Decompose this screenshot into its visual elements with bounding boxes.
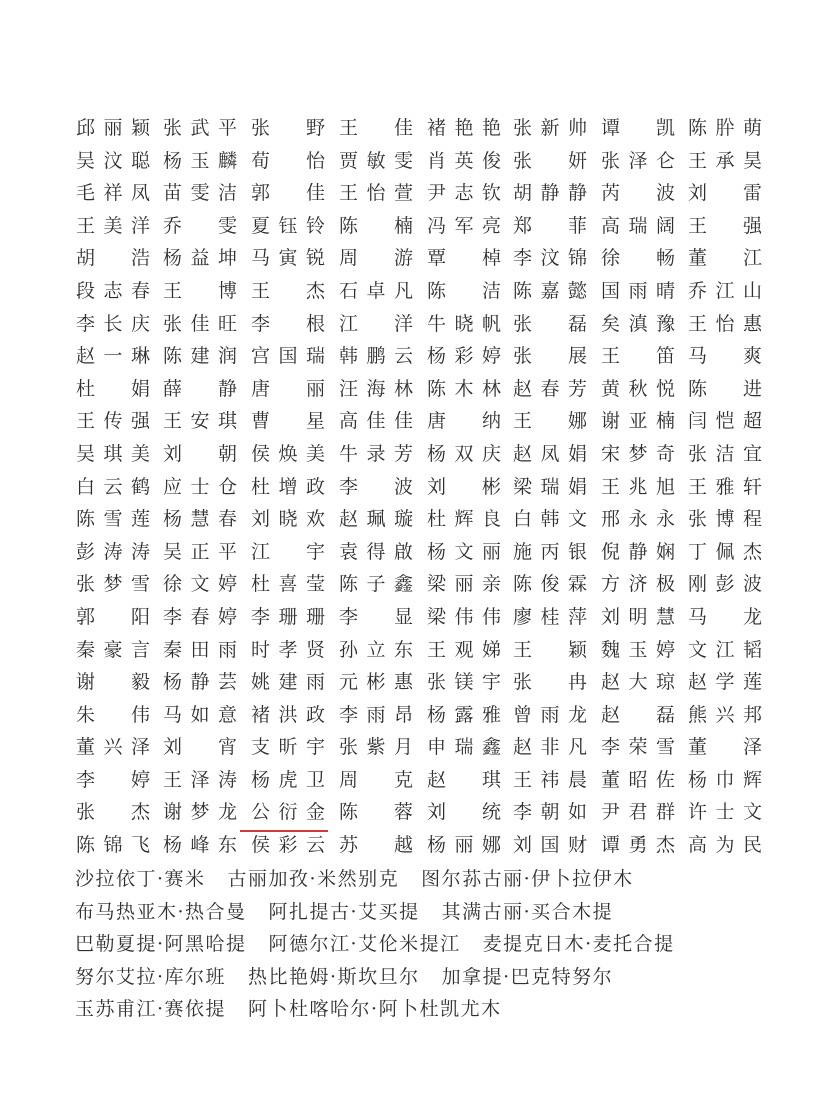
name-cell: 元彬惠 (338, 667, 414, 697)
name-char: 龙 (742, 602, 763, 632)
name-cell: 乔江山 (687, 276, 763, 306)
name-char: 王 (687, 309, 708, 339)
name-char: 帅 (567, 113, 588, 143)
name-char: 玉 (628, 635, 649, 665)
name-cell: 李荣雪 (600, 732, 676, 762)
name-cell: 张妍 (512, 146, 588, 176)
name-char: 游 (393, 243, 414, 273)
name-char: 张 (75, 797, 96, 827)
name-char: 朝 (540, 797, 561, 827)
name-char: 陈 (75, 830, 96, 860)
name-char: 东 (393, 635, 414, 665)
name-char: 凡 (567, 732, 588, 762)
name-char: 琳 (130, 341, 151, 371)
name-char: 吴 (75, 146, 96, 176)
name-cell: 张镁宇 (426, 667, 502, 697)
name-char: 鹏 (366, 341, 387, 371)
name-char: 刘 (687, 178, 708, 208)
name-cell: 王兆旭 (600, 472, 676, 502)
name-char: 亚 (628, 406, 649, 436)
name-char: 佳 (393, 113, 414, 143)
name-cell: 张新帅 (512, 113, 588, 143)
name-char: 瑞 (305, 341, 326, 371)
name-char: 刘 (162, 732, 183, 762)
name-cell: 王安琪 (162, 406, 238, 436)
name-cell: 胡静静 (512, 178, 588, 208)
name-char: 波 (393, 472, 414, 502)
name-cell: 陈进 (687, 374, 763, 404)
name-char: 根 (305, 309, 326, 339)
name-cell: 赵珮璇 (338, 504, 414, 534)
name-char: 美 (305, 439, 326, 469)
name-char: 张 (512, 341, 533, 371)
name-cell: 陈锦飞 (75, 830, 151, 860)
name-char: 焕 (278, 439, 299, 469)
name-cell: 陈建润 (162, 341, 238, 371)
name-cell: 刘朝 (162, 439, 238, 469)
name-cell: 吴汶聪 (75, 146, 151, 176)
name-char: 佳 (190, 309, 211, 339)
name-char: 白 (75, 472, 96, 502)
name-char: 军 (454, 211, 475, 241)
name-cell: 张泽仑 (600, 146, 676, 176)
name-char: 韩 (338, 341, 359, 371)
name-char: 晴 (655, 276, 676, 306)
name-char: 梁 (512, 472, 533, 502)
name-cell: 马寅锐 (250, 243, 326, 273)
name-char: 镁 (454, 667, 475, 697)
name-char: 莲 (742, 667, 763, 697)
name-char: 飞 (130, 830, 151, 860)
name-char: 江 (715, 276, 736, 306)
name-cell: 李波 (338, 472, 414, 502)
name-char: 彬 (481, 472, 502, 502)
name-char: 赵 (512, 732, 533, 762)
name-char: 杜 (75, 374, 96, 404)
name-char: 亮 (481, 211, 502, 241)
name-char: 马 (250, 243, 271, 273)
name-char: 政 (305, 700, 326, 730)
name-cell: 谭凯 (600, 113, 676, 143)
name-cell: 芮波 (600, 178, 676, 208)
name-cell: 高佳佳 (338, 406, 414, 436)
name-cell: 王美洋 (75, 211, 151, 241)
name-char: 刘 (250, 504, 271, 534)
name-char: 统 (481, 797, 502, 827)
name-char: 如 (190, 700, 211, 730)
name-char: 兴 (103, 732, 124, 762)
long-name-row: 布马热亚木·热合曼阿扎提古·艾买提其满古丽·买合木提 (75, 897, 697, 930)
name-char: 奇 (655, 439, 676, 469)
name-char: 极 (655, 569, 676, 599)
name-char: 郭 (75, 602, 96, 632)
name-char: 润 (217, 341, 238, 371)
name-char: 荣 (628, 732, 649, 762)
name-cell: 汪海林 (338, 374, 414, 404)
name-char: 陈 (512, 276, 533, 306)
long-name: 图尔荪古丽·伊卜拉伊木 (421, 864, 634, 894)
name-cell: 吴琪美 (75, 439, 151, 469)
name-char: 曹 (250, 406, 271, 436)
name-char: 石 (338, 276, 359, 306)
name-char: 凡 (393, 276, 414, 306)
name-char: 董 (687, 732, 708, 762)
name-cell: 胡浩 (75, 243, 151, 273)
name-cell: 闫恺超 (687, 406, 763, 436)
name-char: 刘 (600, 602, 621, 632)
name-char: 杨 (426, 700, 447, 730)
name-char: 杨 (162, 667, 183, 697)
name-char: 韬 (742, 635, 763, 665)
name-char: 欢 (305, 504, 326, 534)
name-char: 佳 (393, 406, 414, 436)
name-char: 贤 (305, 635, 326, 665)
name-cell: 张冉 (512, 667, 588, 697)
name-char: 娣 (481, 635, 502, 665)
name-cell: 李根 (250, 309, 326, 339)
name-cell: 矣滇豫 (600, 309, 676, 339)
name-char: 施 (512, 537, 533, 567)
name-char: 程 (742, 504, 763, 534)
name-char: 帆 (481, 309, 502, 339)
name-char: 王 (75, 211, 96, 241)
name-char: 李 (338, 472, 359, 502)
name-char: 李 (162, 602, 183, 632)
name-char: 啟 (393, 537, 414, 567)
name-cell: 王泽涛 (162, 765, 238, 795)
name-cell: 赵一琳 (75, 341, 151, 371)
name-char: 贾 (338, 146, 359, 176)
name-cell: 牛晓帆 (426, 309, 502, 339)
name-cell: 杨彩婷 (426, 341, 502, 371)
name-char: 仓 (217, 472, 238, 502)
name-char: 秦 (162, 635, 183, 665)
name-char: 杜 (250, 569, 271, 599)
name-cell: 刘晓欢 (250, 504, 326, 534)
name-char: 江 (338, 309, 359, 339)
long-name-row: 沙拉依丁·赛米古丽加孜·米然别克图尔荪古丽·伊卜拉伊木 (75, 864, 697, 897)
name-char: 矣 (600, 309, 621, 339)
name-char: 怡 (715, 309, 736, 339)
name-char: 静 (190, 667, 211, 697)
name-cell: 苏越 (338, 830, 414, 860)
name-cell: 赵春芳 (512, 374, 588, 404)
name-cell: 申瑞鑫 (426, 732, 502, 762)
name-char: 牛 (338, 439, 359, 469)
name-char: 洪 (278, 700, 299, 730)
name-char: 梦 (190, 797, 211, 827)
name-char: 晨 (567, 765, 588, 795)
name-cell: 王观娣 (426, 635, 502, 665)
name-char: 谭 (600, 830, 621, 860)
name-char: 张 (250, 113, 271, 143)
name-char: 宋 (600, 439, 621, 469)
name-char: 博 (715, 504, 736, 534)
name-char: 轩 (742, 472, 763, 502)
name-char: 洋 (393, 309, 414, 339)
name-cell: 王强 (687, 211, 763, 241)
name-char: 锐 (305, 243, 326, 273)
name-char: 佩 (715, 537, 736, 567)
name-char: 建 (190, 341, 211, 371)
name-char: 郑 (512, 211, 533, 241)
name-char: 木 (454, 374, 475, 404)
name-char: 录 (366, 439, 387, 469)
name-char: 赵 (338, 504, 359, 534)
name-char: 衍 (278, 797, 299, 827)
name-char: 颖 (130, 113, 151, 143)
name-char: 祎 (540, 765, 561, 795)
name-cell: 杜辉良 (426, 504, 502, 534)
name-char: 毛 (75, 178, 96, 208)
name-char: 毅 (130, 667, 151, 697)
name-cell: 公衍金 (250, 797, 326, 827)
name-char: 文 (742, 797, 763, 827)
name-char: 春 (540, 374, 561, 404)
name-char: 谭 (600, 113, 621, 143)
name-cell: 谢梦龙 (162, 797, 238, 827)
name-char: 滇 (628, 309, 649, 339)
name-char: 张 (162, 113, 183, 143)
name-char: 薛 (162, 374, 183, 404)
name-cell: 江洋 (338, 309, 414, 339)
name-cell: 杨文丽 (426, 537, 502, 567)
name-cell: 杜喜莹 (250, 569, 326, 599)
name-cell: 李珊珊 (250, 602, 326, 632)
name-char: 雨 (217, 635, 238, 665)
name-char: 张 (162, 309, 183, 339)
name-char: 非 (540, 732, 561, 762)
name-char: 洋 (130, 211, 151, 241)
name-cell: 魏玉婷 (600, 635, 676, 665)
name-char: 钦 (481, 178, 502, 208)
name-char: 覃 (426, 243, 447, 273)
name-char: 颖 (567, 635, 588, 665)
name-char: 艳 (454, 113, 475, 143)
name-cell: 刘宵 (162, 732, 238, 762)
name-char: 彬 (366, 667, 387, 697)
name-cell: 杨虎卫 (250, 765, 326, 795)
name-char: 武 (190, 113, 211, 143)
name-cell: 谢亚楠 (600, 406, 676, 436)
name-cell: 张展 (512, 341, 588, 371)
name-char: 艳 (481, 113, 502, 143)
name-char: 强 (130, 406, 151, 436)
name-cell: 李婷 (75, 765, 151, 795)
name-char: 江 (742, 243, 763, 273)
name-char: 昭 (628, 765, 649, 795)
name-char: 王 (426, 635, 447, 665)
name-char: 谢 (162, 797, 183, 827)
name-char: 雨 (540, 700, 561, 730)
name-char: 雪 (130, 569, 151, 599)
name-char: 丽 (454, 569, 475, 599)
name-char: 楠 (655, 406, 676, 436)
name-char: 王 (600, 341, 621, 371)
name-char: 财 (567, 830, 588, 860)
name-char: 龙 (217, 797, 238, 827)
name-char: 安 (190, 406, 211, 436)
name-char: 申 (426, 732, 447, 762)
name-char: 王 (162, 406, 183, 436)
name-char: 慧 (190, 504, 211, 534)
name-char: 黄 (600, 374, 621, 404)
name-char: 懿 (567, 276, 588, 306)
name-char: 惠 (393, 667, 414, 697)
name-char: 杨 (162, 243, 183, 273)
name-char: 梁 (426, 569, 447, 599)
name-char: 陈 (512, 569, 533, 599)
name-cell: 吴正平 (162, 537, 238, 567)
name-char: 婷 (130, 765, 151, 795)
name-cell: 褚洪政 (250, 700, 326, 730)
name-char: 汶 (540, 243, 561, 273)
name-cell: 马如意 (162, 700, 238, 730)
name-cell: 杨巾辉 (687, 765, 763, 795)
name-char: 杨 (426, 341, 447, 371)
name-cell: 应士仓 (162, 472, 238, 502)
name-cell: 赵磊 (600, 700, 676, 730)
name-char: 菲 (567, 211, 588, 241)
name-char: 金 (305, 797, 326, 827)
name-char: 洁 (481, 276, 502, 306)
name-char: 祥 (103, 178, 124, 208)
name-cell: 石卓凡 (338, 276, 414, 306)
name-cell: 董昭佐 (600, 765, 676, 795)
name-char: 慧 (655, 602, 676, 632)
name-char: 宇 (481, 667, 502, 697)
name-char: 敏 (366, 146, 387, 176)
name-char: 泽 (130, 732, 151, 762)
name-char: 高 (687, 830, 708, 860)
name-char: 王 (338, 178, 359, 208)
name-char: 梁 (426, 602, 447, 632)
name-char: 莹 (305, 569, 326, 599)
name-cell: 方济极 (600, 569, 676, 599)
name-char: 莲 (130, 504, 151, 534)
name-char: 娟 (567, 439, 588, 469)
name-char: 王 (512, 765, 533, 795)
name-cell: 梁伟伟 (426, 602, 502, 632)
name-char: 邦 (742, 700, 763, 730)
name-char: 雯 (190, 178, 211, 208)
name-cell: 王娜 (512, 406, 588, 436)
name-cell: 陈俊霖 (512, 569, 588, 599)
name-cell: 袁得啟 (338, 537, 414, 567)
name-char: 赵 (426, 765, 447, 795)
name-cell: 张佳旺 (162, 309, 238, 339)
name-char: 文 (567, 504, 588, 534)
name-char: 张 (687, 439, 708, 469)
name-char: 锦 (567, 243, 588, 273)
name-char: 张 (426, 667, 447, 697)
name-char: 怡 (366, 178, 387, 208)
name-char: 谢 (75, 667, 96, 697)
name-char: 蓉 (393, 797, 414, 827)
name-char: 永 (628, 504, 649, 534)
name-char: 妍 (567, 146, 588, 176)
name-char: 丽 (454, 830, 475, 860)
name-cell: 廖桂萍 (512, 602, 588, 632)
long-name: 加拿提·巴克特努尔 (442, 962, 614, 992)
name-char: 汪 (338, 374, 359, 404)
name-cell: 文江韬 (687, 635, 763, 665)
name-char: 峰 (190, 830, 211, 860)
name-cell: 杨丽娜 (426, 830, 502, 860)
name-char: 侯 (250, 830, 271, 860)
name-cell: 褚艳艳 (426, 113, 502, 143)
name-cell: 覃棹 (426, 243, 502, 273)
name-char: 张 (687, 504, 708, 534)
name-char: 马 (687, 341, 708, 371)
name-char: 俊 (481, 146, 502, 176)
name-char: 云 (103, 472, 124, 502)
name-char: 瑞 (454, 732, 475, 762)
name-char: 双 (454, 439, 475, 469)
long-name-row: 巴勒夏提·阿黑哈提阿德尔江·艾伦米提江麦提克日木·麦托合提 (75, 929, 697, 962)
name-char: 为 (715, 830, 736, 860)
name-char: 萱 (393, 178, 414, 208)
name-char: 李 (75, 309, 96, 339)
name-char: 佳 (305, 178, 326, 208)
name-char: 林 (393, 374, 414, 404)
name-char: 彭 (75, 537, 96, 567)
name-char: 杨 (162, 830, 183, 860)
long-names-list: 沙拉依丁·赛米古丽加孜·米然别克图尔荪古丽·伊卜拉伊木布马热亚木·热合曼阿扎提古… (75, 864, 697, 1027)
name-char: 吴 (75, 439, 96, 469)
name-cell: 王笛 (600, 341, 676, 371)
name-char: 琪 (103, 439, 124, 469)
name-char: 爽 (742, 341, 763, 371)
name-char: 赵 (600, 700, 621, 730)
name-cell: 孙立东 (338, 635, 414, 665)
name-char: 娜 (567, 406, 588, 436)
name-char: 泽 (190, 765, 211, 795)
name-char: 洁 (217, 178, 238, 208)
name-char: 政 (305, 472, 326, 502)
name-char: 乔 (162, 211, 183, 241)
name-char: 冉 (567, 667, 588, 697)
name-char: 陈 (426, 374, 447, 404)
name-char: 春 (130, 276, 151, 306)
name-char: 玉 (190, 146, 211, 176)
name-char: 萍 (567, 602, 588, 632)
name-cell: 牛录芳 (338, 439, 414, 469)
name-char: 亲 (481, 569, 502, 599)
name-cell: 马爽 (687, 341, 763, 371)
name-char: 静 (628, 537, 649, 567)
name-char: 李 (338, 602, 359, 632)
name-char: 勇 (628, 830, 649, 860)
name-char: 长 (103, 309, 124, 339)
name-char: 李 (250, 309, 271, 339)
name-char: 袁 (338, 537, 359, 567)
name-char: 韩 (540, 504, 561, 534)
name-char: 刘 (512, 830, 533, 860)
name-char: 雨 (366, 700, 387, 730)
name-char: 陈 (687, 374, 708, 404)
name-char: 俊 (540, 569, 561, 599)
name-char: 姚 (250, 667, 271, 697)
name-char: 高 (338, 406, 359, 436)
name-char: 段 (75, 276, 96, 306)
name-char: 周 (338, 243, 359, 273)
name-cell: 梁丽亲 (426, 569, 502, 599)
name-char: 丽 (305, 374, 326, 404)
name-cell: 宋梦奇 (600, 439, 676, 469)
name-char: 王 (512, 406, 533, 436)
name-char: 张 (512, 146, 533, 176)
